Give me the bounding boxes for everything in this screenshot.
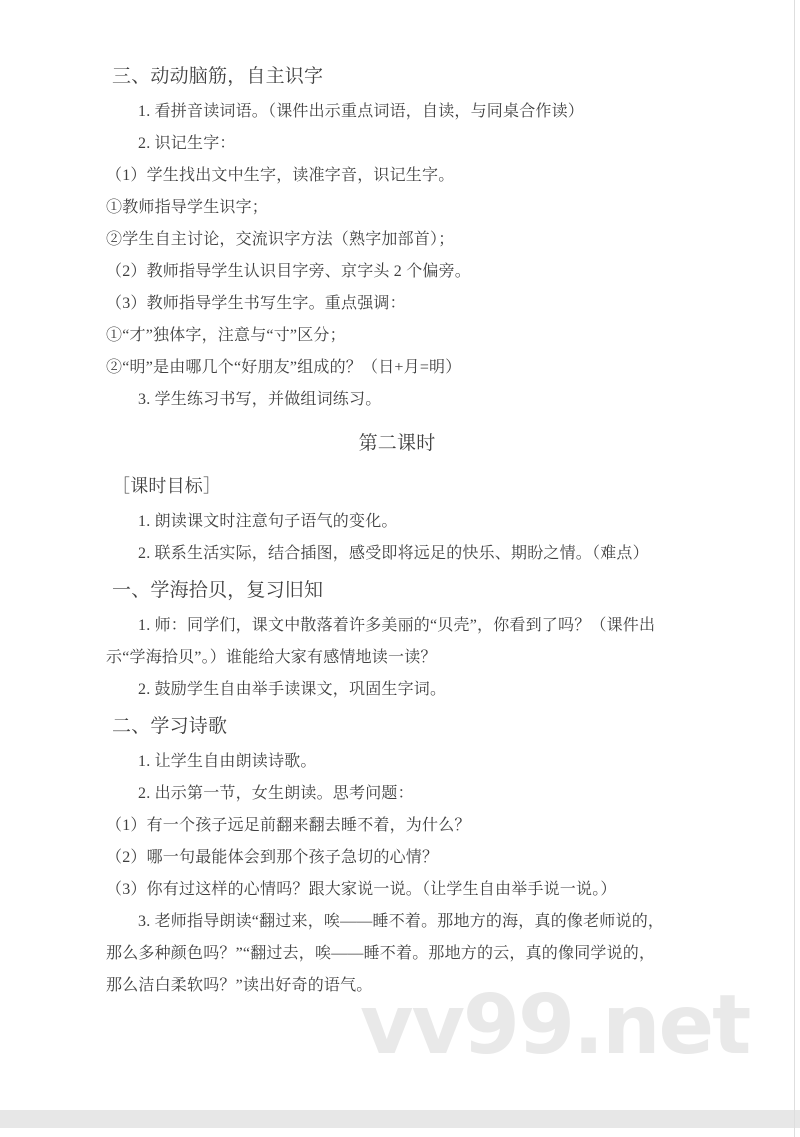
numbered-paragraph: 3. 学生练习书写，并做组词练习。 (106, 384, 688, 416)
document-page: vv99.net 三、动动脑筋，自主识字1. 看拼音读词语。（课件出示重点词语，… (0, 0, 800, 1137)
sub-item-paragraph: （1）有一个孩子远足前翻来翻去睡不着，为什么？ (106, 810, 688, 842)
sub-item-paragraph: ①教师指导学生识字； (106, 192, 688, 224)
sub-item-paragraph: ①“才”独体字，注意与“寸”区分； (106, 320, 688, 352)
page-edge-border (794, 0, 795, 1137)
numbered-paragraph: 1. 看拼音读词语。（课件出示重点词语，自读，与同桌合作读） (106, 96, 688, 128)
sub-item-paragraph: （2）哪一句最能体会到那个孩子急切的心情？ (106, 842, 688, 874)
sub-item-paragraph: （2）教师指导学生认识目字旁、京字头 2 个偏旁。 (106, 256, 688, 288)
numbered-paragraph: 1. 师：同学们，课文中散落着许多美丽的“贝壳”，你看到了吗？（课件出 示“学海… (106, 610, 688, 674)
objectives-heading: ［课时目标］ (112, 470, 688, 502)
page-break-divider (0, 1110, 800, 1128)
numbered-paragraph: 2. 识记生字： (106, 128, 688, 160)
section-heading: 二、学习诗歌 (112, 711, 688, 743)
numbered-paragraph: 3. 老师指导朗读“翻过来，唉——睡不着。那地方的海，真的像老师说的， 那么多种… (106, 906, 688, 1002)
sub-item-paragraph: ②学生自主讨论，交流识字方法（熟字加部首）； (106, 224, 688, 256)
sub-item-paragraph: （3）教师指导学生书写生字。重点强调： (106, 288, 688, 320)
sub-item-paragraph: ②“明”是由哪几个“好朋友”组成的？（日+月=明） (106, 352, 688, 384)
numbered-paragraph: 2. 出示第一节，女生朗读。思考问题： (106, 778, 688, 810)
section-heading: 一、学海拾贝，复习旧知 (112, 575, 688, 607)
numbered-paragraph: 1. 朗读课文时注意句子语气的变化。 (106, 506, 688, 538)
numbered-paragraph: 2. 鼓励学生自由举手读课文，巩固生字词。 (106, 674, 688, 706)
lesson-period-heading: 第二课时 (106, 428, 688, 460)
sub-item-paragraph: （3）你有过这样的心情吗？跟大家说一说。（让学生自由举手说一说。） (106, 874, 688, 906)
sub-item-paragraph: （1）学生找出文中生字，读准字音，识记生字。 (106, 160, 688, 192)
numbered-paragraph: 1. 让学生自由朗读诗歌。 (106, 746, 688, 778)
section-heading: 三、动动脑筋，自主识字 (112, 61, 688, 93)
numbered-paragraph: 2. 联系生活实际，结合插图，感受即将远足的快乐、期盼之情。（难点） (106, 538, 688, 570)
document-body: 三、动动脑筋，自主识字1. 看拼音读词语。（课件出示重点词语，自读，与同桌合作读… (0, 0, 800, 1002)
